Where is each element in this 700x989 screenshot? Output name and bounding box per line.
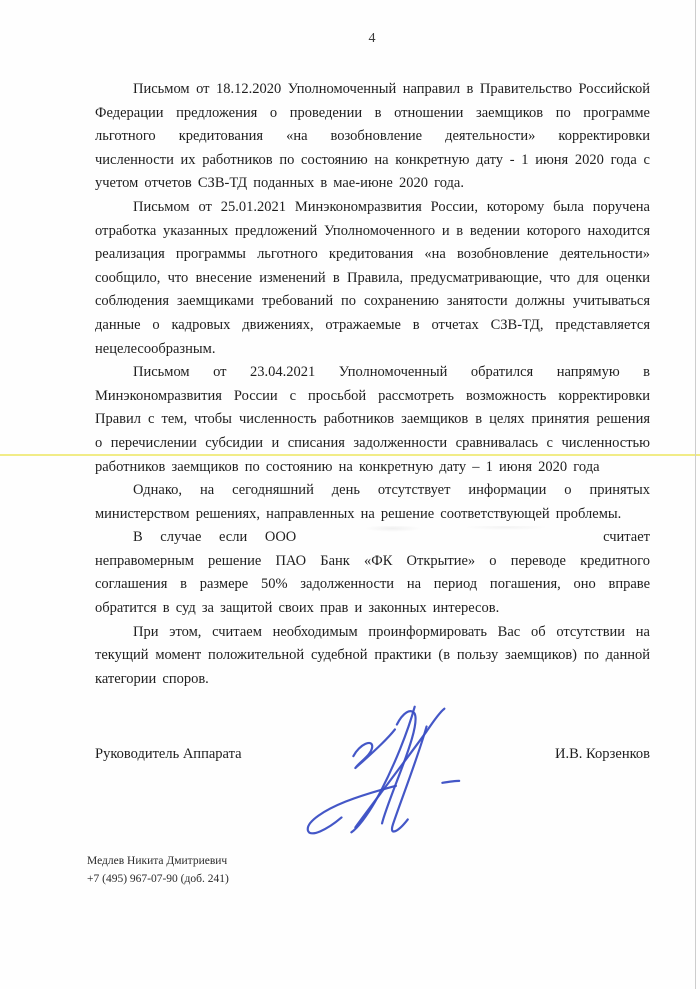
paragraph-letter-23-04-2021: Письмом от 23.04.2021 Уполномоченный обр… [95, 361, 650, 479]
paragraph-court-practice: При этом, считаем необходимым проинформи… [95, 621, 650, 692]
page-right-edge-line [695, 0, 696, 989]
scanned-letter-page: 4 Письмом от 18.12.2020 Уполномоченный н… [0, 0, 700, 989]
redacted-paragraph-continuation: неправомерным решение ПАО Банк «ФК Откры… [95, 553, 650, 616]
erased-text-smudge [308, 526, 591, 550]
redacted-line-left-text: В случае если ООО [133, 526, 296, 550]
contact-person-name: Медлев Никита Дмитриевич [87, 852, 650, 870]
signer-name: И.В. Корзенков [555, 743, 650, 766]
signer-position-label: Руководитель Аппарата [95, 743, 242, 766]
page-number: 4 [95, 30, 650, 48]
redacted-company-line: В случае если ООО считает [95, 526, 650, 550]
contact-block: Медлев Никита Дмитриевич +7 (495) 967-07… [87, 852, 650, 888]
handwritten-signature [298, 698, 476, 843]
paragraph-ooo-redacted: В случае если ООО считает неправомерным … [95, 526, 650, 620]
paragraph-no-ministry-decision: Однако, на сегодняшний день отсутствует … [95, 479, 650, 526]
paragraph-letter-18-12-2020: Письмом от 18.12.2020 Уполномоченный нап… [95, 78, 650, 196]
redacted-line-right-text: считает [603, 526, 650, 550]
paragraph-letter-25-01-2021: Письмом от 25.01.2021 Минэкономразвития … [95, 196, 650, 361]
contact-phone-number: +7 (495) 967-07-90 (доб. 241) [87, 870, 650, 888]
